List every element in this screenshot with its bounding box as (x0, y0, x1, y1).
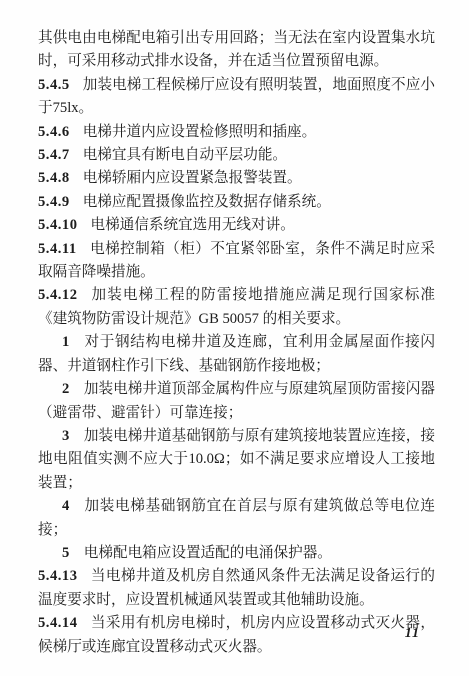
clause-number: 5.4.6 (38, 124, 70, 140)
paragraph: 5.4.7电梯宜具有断电自动平层功能。 (38, 144, 435, 167)
clause-text: 电梯宜具有断电自动平层功能。 (83, 147, 287, 163)
subitem-text: 电梯配电箱应设置适配的电涌保护器。 (84, 545, 332, 561)
document-body: 其供电由电梯配电箱引出专用回路；当无法在室内设置集水坑时，可采用移动式排水设备，… (38, 27, 435, 659)
paragraph: 5.4.9电梯应配置摄像监控及数据存储系统。 (38, 191, 435, 214)
clause-text: 电梯控制箱（柜）不宜紧邻卧室，条件不满足时应采取隔音降噪措施。 (38, 241, 435, 280)
paragraph: 5.4.12加装电梯工程的防雷接地措施应满足现行国家标准《建筑物防雷设计规范》G… (38, 284, 435, 331)
clause-text: 电梯通信系统宜选用无线对讲。 (90, 217, 294, 233)
clause-number: 5.4.13 (38, 568, 77, 584)
clause-text: 当采用有机房电梯时，机房内应设置移动式灭火器，候梯厅或连廊宜设置移动式灭火器。 (38, 615, 435, 654)
paragraph: 4加装电梯基础钢筋宜在首层与原有建筑做总等电位连接； (38, 495, 435, 542)
subitem-number: 1 (62, 334, 70, 350)
clause-number: 5.4.10 (38, 217, 77, 233)
clause-text: 电梯轿厢内应设置紧急报警装置。 (83, 170, 302, 186)
subitem-text: 加装电梯井道顶部金属构件应与原建筑屋顶防雷接闪器（避雷带、避雷针）可靠连接； (38, 381, 435, 420)
page-number: 11 (405, 626, 420, 642)
clause-text: 当电梯井道及机房自然通风条件无法满足设备运行的温度要求时，应设置机械通风装置或其… (38, 568, 435, 607)
paragraph: 3加装电梯井道基础钢筋与原有建筑接地装置应连接，接地电阻值实测不应大于10.0Ω… (38, 425, 435, 495)
subitem-number: 2 (62, 381, 70, 397)
paragraph: 5电梯配电箱应设置适配的电涌保护器。 (38, 542, 435, 565)
subitem-number: 3 (62, 428, 70, 444)
subitem-number: 4 (62, 498, 70, 514)
paragraph: 1对于钢结构电梯井道及连廊，宜利用金属屋面作接闪器、井道钢柱作引下线、基础钢筋作… (38, 331, 435, 378)
subitem-text: 加装电梯井道基础钢筋与原有建筑接地装置应连接，接地电阻值实测不应大于10.0Ω；… (38, 428, 435, 491)
clause-number: 5.4.8 (38, 170, 70, 186)
document-page: 其供电由电梯配电箱引出专用回路；当无法在室内设置集水坑时，可采用移动式排水设备，… (0, 0, 469, 676)
clause-number: 5.4.11 (38, 241, 77, 257)
paragraph: 5.4.11电梯控制箱（柜）不宜紧邻卧室，条件不满足时应采取隔音降噪措施。 (38, 238, 435, 285)
paragraph: 5.4.14当采用有机房电梯时，机房内应设置移动式灭火器，候梯厅或连廊宜设置移动… (38, 612, 435, 659)
paragraph: 5.4.5加装电梯工程候梯厅应设有照明装置，地面照度不应小于75lx。 (38, 74, 435, 121)
clause-number: 5.4.14 (38, 615, 77, 631)
paragraph: 5.4.10电梯通信系统宜选用无线对讲。 (38, 214, 435, 237)
paragraph: 其供电由电梯配电箱引出专用回路；当无法在室内设置集水坑时，可采用移动式排水设备，… (38, 27, 435, 74)
subitem-text: 加装电梯基础钢筋宜在首层与原有建筑做总等电位连接； (38, 498, 435, 537)
clause-number: 5.4.7 (38, 147, 70, 163)
clause-number: 5.4.9 (38, 194, 70, 210)
clause-text: 加装电梯工程候梯厅应设有照明装置，地面照度不应小于75lx。 (38, 77, 435, 116)
clause-text: 电梯井道内应设置检修照明和插座。 (83, 124, 317, 140)
clause-number: 5.4.12 (38, 287, 77, 303)
paragraph-text: 其供电由电梯配电箱引出专用回路；当无法在室内设置集水坑时，可采用移动式排水设备，… (38, 30, 435, 69)
clause-number: 5.4.5 (38, 77, 70, 93)
paragraph: 5.4.8电梯轿厢内应设置紧急报警装置。 (38, 167, 435, 190)
clause-text: 加装电梯工程的防雷接地措施应满足现行国家标准《建筑物防雷设计规范》GB 5005… (38, 287, 435, 326)
paragraph: 5.4.13当电梯井道及机房自然通风条件无法满足设备运行的温度要求时，应设置机械… (38, 565, 435, 612)
clause-text: 电梯应配置摄像监控及数据存储系统。 (83, 194, 331, 210)
paragraph: 2加装电梯井道顶部金属构件应与原建筑屋顶防雷接闪器（避雷带、避雷针）可靠连接； (38, 378, 435, 425)
subitem-text: 对于钢结构电梯井道及连廊，宜利用金属屋面作接闪器、井道钢柱作引下线、基础钢筋作接… (38, 334, 435, 373)
paragraph: 5.4.6电梯井道内应设置检修照明和插座。 (38, 121, 435, 144)
subitem-number: 5 (62, 545, 70, 561)
